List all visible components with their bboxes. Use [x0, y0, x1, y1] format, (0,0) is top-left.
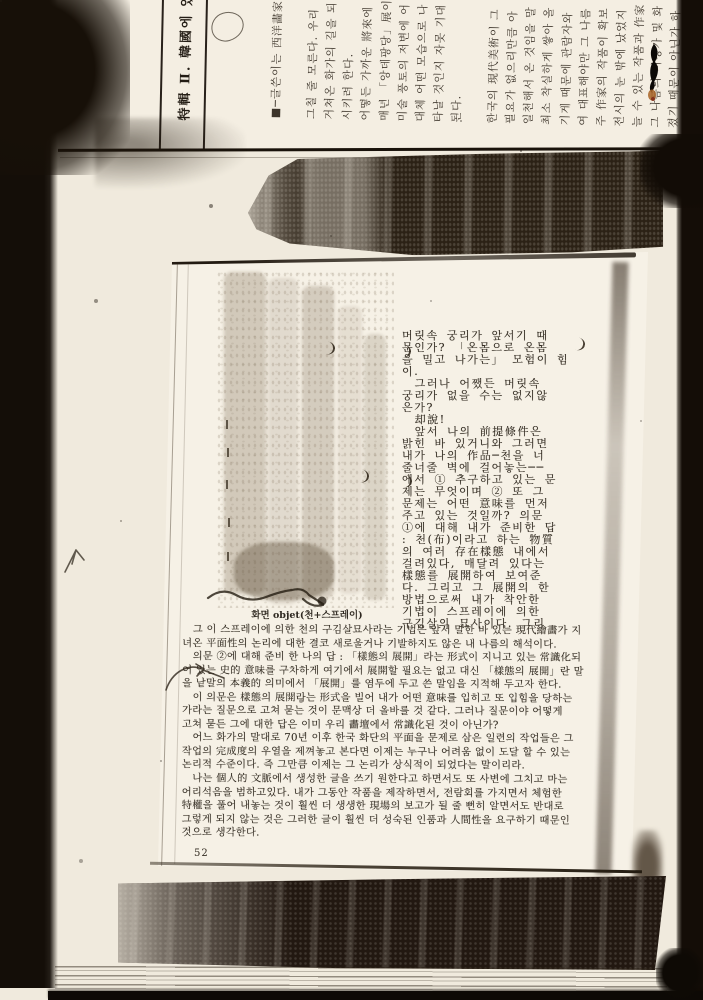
text-line: 다. 그리고 그 展開의 한 — [402, 582, 580, 594]
text-line: ■─글쓴이는 西洋畵家 — [267, 0, 288, 118]
text-line: 에서 ① 추구하고 있는 문 — [402, 474, 580, 486]
text-line: 궁리가 없을 수는 없지않 — [402, 390, 580, 402]
scan-edge-bottom — [48, 991, 703, 1000]
text-line: 을 밀고 나가는」 모험이 힘 — [402, 354, 580, 366]
page-top-edge-shadow — [166, 252, 636, 264]
photo-mark — [227, 448, 229, 457]
rotated-text-columns: ■─글쓴이는 西洋畵家그칠 줄 모른다. 우리거쳐온 화가의 길을 되시키려 한… — [267, 0, 703, 129]
artwork-caption: 화면 objet(천+스프레이) — [206, 607, 408, 621]
photo-mark — [228, 518, 230, 527]
text-line: 은가? — [402, 402, 580, 414]
text-line: 방법으로써 내가 착안한 — [402, 594, 580, 606]
magazine-page: 머릿속 궁리가 앞서기 때문인가? 「온몸으로 온몸을 밀고 나가는」 모험이 … — [148, 248, 650, 876]
text-line: 樣態를 展開하여 보여준 — [402, 570, 580, 582]
running-head-text: 特輯 Ⅱ. 韓國에 있 — [173, 0, 195, 121]
scanned-photocopy: 特輯 Ⅱ. 韓國에 있 ■─글쓴이는 西洋畵家그칠 줄 모른다. 우리거쳐온 화… — [0, 0, 703, 1000]
noise-specks — [0, 0, 2, 2]
photo-mark — [227, 552, 229, 561]
text-line: 된다. — [448, 0, 469, 123]
dark-gutter-band-bottom — [118, 876, 666, 970]
photo-streak — [364, 334, 386, 600]
text-line: 밝힌 바 있거니와 그러면 — [402, 438, 580, 450]
text-line: 을 낱말의 本義的 의미에서 「展開」를 염두에 두고 쓴 말임을 지적해 두고… — [182, 677, 638, 692]
text-line: 기법이 스프레이에 의한 — [402, 606, 580, 618]
dark-gutter-band-top — [248, 151, 664, 256]
photo-mark — [226, 480, 228, 489]
text-line: 줄너줄 벽에 걸어놓는── — [402, 462, 580, 474]
scan-corner-blob — [656, 948, 703, 998]
text-line: : 천(布)이라고 하는 物質 — [402, 534, 580, 546]
text-line: 나는 個人的 文脈에서 생성한 글을 쓰기 원한다고 하면서도 또 사변에 그치… — [182, 772, 638, 787]
ink-blot — [641, 42, 667, 102]
pen-arrow-mark — [162, 656, 232, 698]
text-line: 가라는 질문으로 고쳐 묻는 것이 문맥상 더 올바를 것 같다. 그러나 질문… — [182, 704, 638, 719]
text-line: 것으로 생각한다. — [182, 826, 638, 841]
photo-streak — [338, 306, 362, 594]
artwork-photo — [216, 270, 394, 608]
pen-circle-mark — [208, 8, 248, 45]
text-line: 문제는 어떤 意味를 먼저 — [402, 498, 580, 510]
text-line: 앞서 나의 前提條件은 — [402, 426, 580, 438]
page-number-52: 52 — [194, 848, 209, 859]
body-paragraphs: 그 이 스프레이에 의한 천의 구김살묘사라는 기법은 앞서 말한 바 있는 現… — [182, 623, 639, 841]
photo-squiggle — [204, 568, 354, 610]
scan-edge-blob-top — [640, 134, 703, 208]
text-line: 이. — [402, 366, 580, 378]
scan-streak-lines — [55, 965, 667, 991]
text-line: 문인가? 「온몸으로 온몸 — [402, 342, 580, 354]
right-text-column: 머릿속 궁리가 앞서기 때문인가? 「온몸으로 온몸을 밀고 나가는」 모험이 … — [402, 330, 580, 630]
text-line: 머릿속 궁리가 앞서기 때 — [402, 330, 580, 342]
text-line: 의문 ②에 대해 준비 한 나의 답 : 「樣態의 展開」라는 形式이 지니고 … — [182, 650, 638, 665]
text-line: 주고 있는 것일까? 의문 — [402, 510, 580, 522]
text-line: 그 이 스프레이에 의한 천의 구김살묘사라는 기법은 앞서 말한 바 있는 現… — [182, 623, 638, 638]
text-line: 걸려있다, 매달려 있다는 — [402, 558, 580, 570]
photo-mark — [226, 420, 228, 429]
text-line: 却說! — [402, 414, 580, 426]
toner-smudge — [95, 118, 245, 188]
text-line: ①에 대해 내가 준비한 답 — [402, 522, 580, 534]
text-line: 그러나 어쨌든 머릿속 — [402, 378, 580, 390]
text-line: 제는 무엇이며 ② 또 그 — [402, 486, 580, 498]
text-line: 의 여러 存在樣態 내에서 — [402, 546, 580, 558]
text-line: 特權을 풀어 내놓는 것이 훨씬 더 생생한 現場의 보고가 될 줄 뻔히 알면… — [182, 799, 638, 814]
text-line: 내가 나의 作品─천을 너 — [402, 450, 580, 462]
pen-scribble-mark — [60, 542, 90, 576]
